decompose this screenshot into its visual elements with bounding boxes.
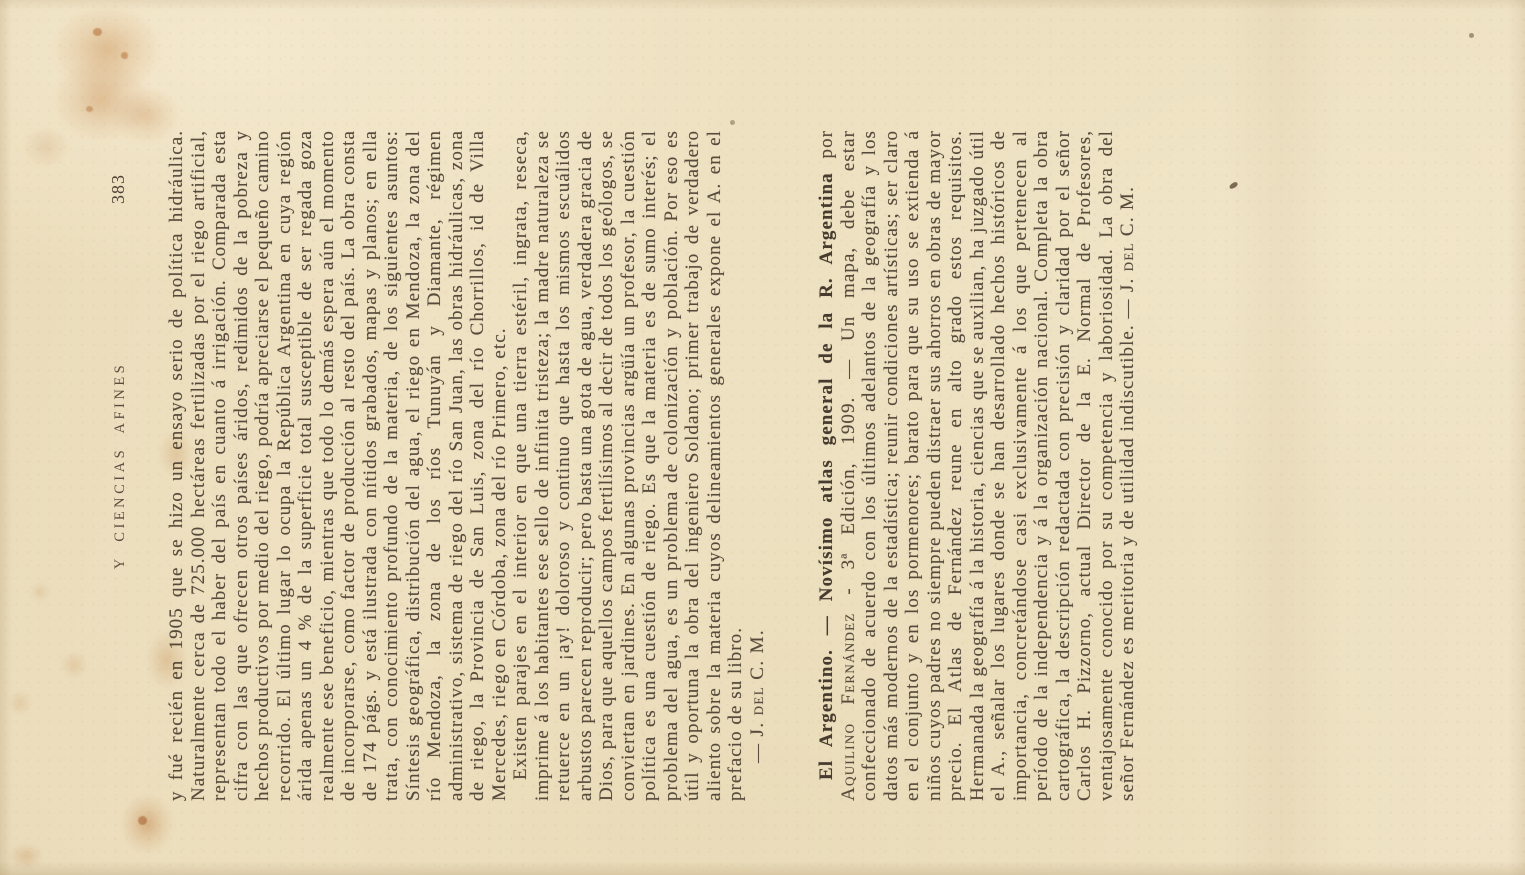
review1-paragraph-1: y fué recién en 1905 que se hizo un ensa…: [166, 130, 510, 801]
review2-title: El Argentino. — Novísimo atlas general d…: [816, 172, 837, 780]
page-number: 383: [108, 174, 129, 204]
review1-signature: — J. del C. M.: [747, 130, 769, 801]
review2-author: Aquilino Fernández: [838, 612, 859, 801]
text-column: y fué recién en 1905 que se hizo un ensa…: [166, 130, 1139, 801]
review2-byline-prefix: por: [816, 130, 837, 158]
running-header: Y CIENCIAS AFINES 383: [112, 130, 138, 801]
review-entry-2: El Argentino. — Novísimo atlas general d…: [816, 130, 1139, 801]
review2-edition: - 3ª Edición, 1909. —: [838, 359, 859, 595]
scanned-book-page: Y CIENCIAS AFINES 383 y fué recién en 19…: [0, 0, 1525, 875]
review-entry-1: y fué recién en 1905 que se hizo un ensa…: [166, 130, 768, 801]
review2-paragraph: El Argentino. — Novísimo atlas general d…: [816, 130, 1139, 801]
review2-signature: — J. del C. M.: [1117, 186, 1138, 319]
review2-body: Un mapa, debe estar confeccionado de acu…: [838, 130, 1139, 801]
review1-paragraph-2: Existen parajes en el interior en que un…: [510, 130, 747, 801]
running-title: Y CIENCIAS AFINES: [112, 130, 129, 801]
rotated-page-content: Y CIENCIAS AFINES 383 y fué recién en 19…: [0, 0, 1525, 875]
